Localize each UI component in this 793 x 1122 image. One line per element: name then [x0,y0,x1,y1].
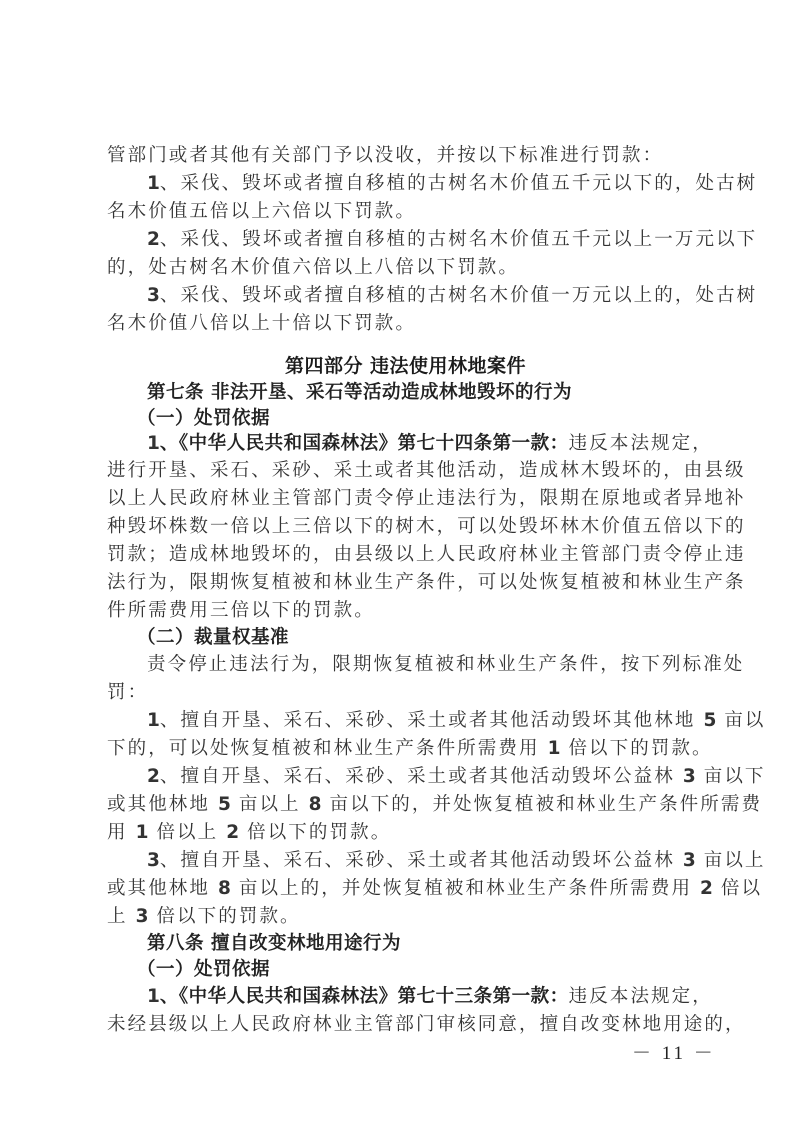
basis-text-line: 法行为，限期恢复植被和林业生产条件，可以处恢复植被和林业生产条 [107,569,689,597]
item-figure: 2 [700,878,713,899]
item-text: 名木价值五倍以上六倍以下罚款。 [107,198,689,226]
old-tree-item-3: 3、采伐、毁坏或者擅自移植的古树名木价值一万元以上的，处古树 名木价值八倍以上十… [107,282,689,338]
basis-text-line: 以上人民政府林业主管部门责令停止违法行为，限期在原地或者异地补 [107,485,689,513]
item-text: 下的，可以处恢复植被和林业生产条件所需费用 [107,738,548,759]
discretion-intro: 罚： [107,679,689,707]
article-7-discretion-heading: （二）裁量权基准 [107,625,689,651]
old-tree-item-1: 1、采伐、毁坏或者擅自移植的古树名木价值五千元以下的，处古树 名木价值五倍以上六… [107,170,689,226]
document-page: 管部门或者其他有关部门予以没收，并按以下标准进行罚款： 1、采伐、毁坏或者擅自移… [0,0,793,1122]
item-figure: 8 [309,794,322,815]
item-text: 倍以下的罚款。 [148,906,300,927]
item-text: 亩以上的，并处恢复植被和林业生产条件所需费用 [231,878,700,899]
article-8-basis-heading: （一）处罚依据 [107,957,689,983]
basis-number: 1 [147,433,160,454]
item-text: 、擅自开垦、采石、采砂、采土或者其他活动毁坏公益林 [160,850,683,871]
item-figure: 3 [136,906,149,927]
item-number: 3 [147,285,160,306]
item-figure: 8 [218,878,231,899]
item-figure: 2 [226,822,239,843]
basis-number: 1 [147,986,160,1007]
page-number: － 11 － [632,1038,716,1065]
item-text: 、采伐、毁坏或者擅自移植的古树名木价值五千元以上一万元以下 [160,229,757,250]
item-text: 上 [107,906,136,927]
basis-text-line: 种毁坏株数一倍以上三倍以下的树木，可以处毁坏林木价值五倍以下的 [107,513,689,541]
page-body: 管部门或者其他有关部门予以没收，并按以下标准进行罚款： 1、采伐、毁坏或者擅自移… [107,142,689,1039]
item-figure: 5 [218,794,231,815]
item-text: 亩以 [716,710,765,731]
law-citation: 、《中华人民共和国森林法》第七十四条第一款： [160,433,569,454]
item-number: 1 [147,710,160,731]
item-text: 或其他林地 [107,878,218,899]
basis-text-line: 未经县级以上人民政府林业主管部门审核同意，擅自改变林地用途的， [107,1011,689,1039]
item-text: 倍以下的罚款。 [560,738,712,759]
item-number: 1 [147,173,160,194]
item-text: 亩以下的，并处恢复植被和林业生产条件所需费 [322,794,763,815]
item-text: 、擅自开垦、采石、采砂、采土或者其他活动毁坏其他林地 [160,710,704,731]
item-text: 的，处古树名木价值六倍以上八倍以下罚款。 [107,254,689,282]
item-text: 倍以 [713,878,762,899]
item-text: 名木价值八倍以上十倍以下罚款。 [107,310,689,338]
discretion-item-3: 3、擅自开垦、采石、采砂、采土或者其他活动毁坏公益林 3 亩以上 或其他林地 8… [107,847,689,931]
item-figure: 1 [136,822,149,843]
article-7-basis-heading: （一）处罚依据 [107,406,689,431]
basis-text-line: 罚款；造成林地毁坏的，由县级以上人民政府林业主管部门责令停止违 [107,541,689,569]
discretion-item-1: 1、擅自开垦、采石、采砂、采土或者其他活动毁坏其他林地 5 亩以 下的，可以处恢… [107,707,689,763]
paragraph-line: 管部门或者其他有关部门予以没收，并按以下标准进行罚款： [107,142,689,170]
part-title: 第四部分 违法使用林地案件 [107,352,689,380]
item-text: 亩以上 [231,794,309,815]
item-figure: 5 [703,710,716,731]
basis-text-line: 件所需费用三倍以下的罚款。 [107,597,689,625]
item-number: 3 [147,850,160,871]
item-text: 、采伐、毁坏或者擅自移植的古树名木价值五千元以下的，处古树 [160,173,757,194]
item-figure: 3 [683,850,696,871]
item-text: 亩以上 [696,850,766,871]
basis-text-line: 进行开垦、采石、采砂、采土或者其他活动，造成林木毁坏的，由县级 [107,457,689,485]
law-citation: 、《中华人民共和国森林法》第七十三条第一款： [160,986,569,1007]
item-figure: 3 [683,766,696,787]
basis-text: 违反本法规定， [569,986,713,1007]
basis-text: 违反本法规定， [569,433,713,454]
item-text: 亩以下 [696,766,766,787]
old-tree-item-2: 2、采伐、毁坏或者擅自移植的古树名木价值五千元以上一万元以下 的，处古树名木价值… [107,226,689,282]
item-text: 、擅自开垦、采石、采砂、采土或者其他活动毁坏公益林 [160,766,683,787]
item-text: 、采伐、毁坏或者擅自移植的古树名木价值一万元以上的，处古树 [160,285,757,306]
discretion-item-2: 2、擅自开垦、采石、采砂、采土或者其他活动毁坏公益林 3 亩以下 或其他林地 5… [107,763,689,847]
item-figure: 1 [548,738,561,759]
item-text: 或其他林地 [107,794,218,815]
item-number: 2 [147,229,160,250]
article-8-title: 第八条 擅自改变林地用途行为 [107,931,689,957]
item-text: 倍以下的罚款。 [239,822,391,843]
item-number: 2 [147,766,160,787]
article-7-title: 第七条 非法开垦、采石等活动造成林地毁坏的行为 [107,380,689,406]
section-gap [107,338,689,352]
item-text: 用 [107,822,136,843]
discretion-intro: 责令停止违法行为，限期恢复植被和林业生产条件，按下列标准处 [107,651,689,679]
item-text: 倍以上 [148,822,226,843]
